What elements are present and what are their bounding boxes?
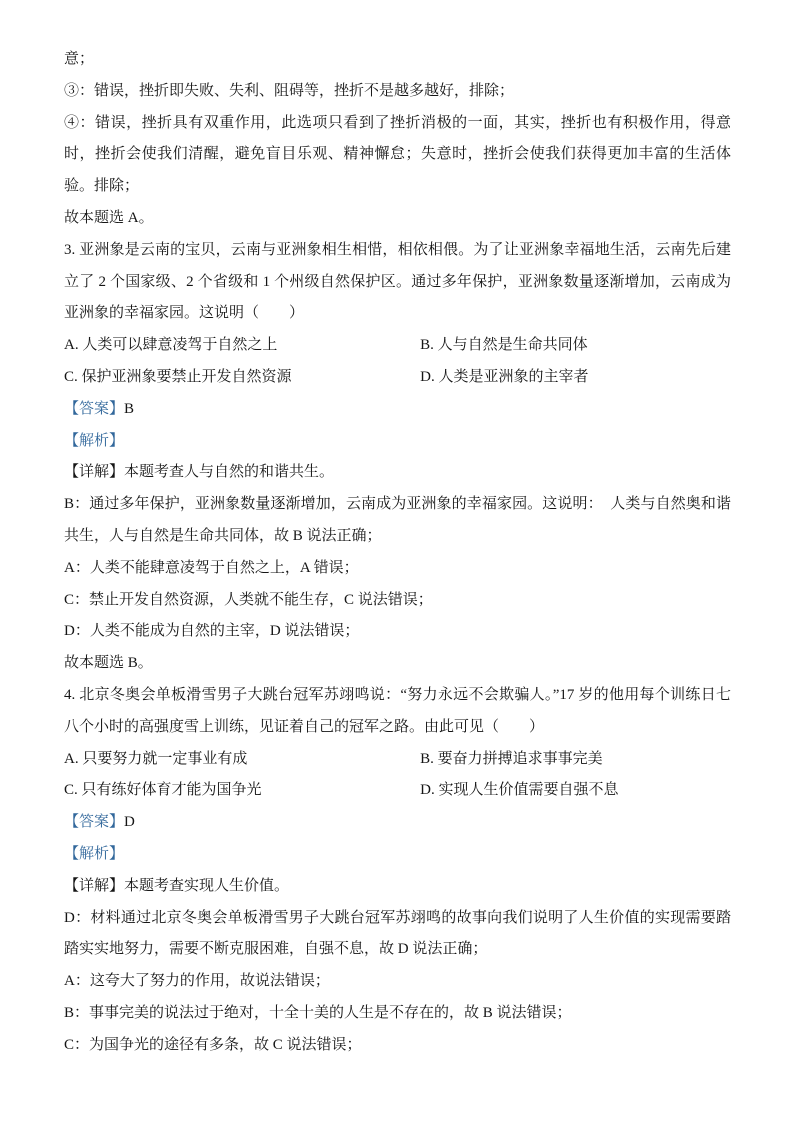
question-3-analysis-label: 【解析】 — [64, 426, 731, 458]
question-3-option-b: B. 人与自然是生命共同体 — [420, 330, 731, 362]
question-3-option-c-analysis: C：禁止开发自然资源，人类就不能生存，C 说法错误； — [64, 585, 731, 617]
question-3-option-a: A. 人类可以肆意凌驾于自然之上 — [64, 330, 420, 362]
question-3-option-a-analysis: A：人类不能肆意凌驾于自然之上，A 错误； — [64, 553, 731, 585]
question-4-option-c: C. 只有练好体育才能为国争光 — [64, 775, 420, 807]
question-4-analysis-label: 【解析】 — [64, 839, 731, 871]
document-page: 意； ③：错误，挫折即失败、失利、阻碍等，挫折不是越多越好，排除； ④：错误，挫… — [0, 0, 793, 1122]
question-3-options-cd: C. 保护亚洲象要禁止开发自然资源 D. 人类是亚洲象的主宰者 — [64, 362, 731, 394]
question-4-option-a-analysis: A：这夸大了努力的作用，故说法错误； — [64, 966, 731, 998]
answer-label: 【答案】 — [64, 401, 124, 417]
question-4-answer-line: 【答案】D — [64, 807, 731, 839]
question-4-option-c-analysis: C：为国争光的途径有多条，故 C 说法错误； — [64, 1030, 731, 1062]
question-3-option-c: C. 保护亚洲象要禁止开发自然资源 — [64, 362, 420, 394]
question-3-option-d-analysis: D：人类不能成为自然的主宰，D 说法错误； — [64, 616, 731, 648]
answer-label: 【答案】 — [64, 814, 124, 830]
point-4-analysis: ④：错误，挫折具有双重作用，此选项只看到了挫折消极的一面，其实，挫折也有积极作用… — [64, 108, 731, 203]
question-4-option-a: A. 只要努力就一定事业有成 — [64, 744, 420, 776]
question-4-option-d-analysis: D：材料通过北京冬奥会单板滑雪男子大跳台冠军苏翊鸣的故事向我们说明了人生价值的实… — [64, 903, 731, 967]
conclusion-question-2: 故本题选 A。 — [64, 203, 731, 235]
question-4-options-ab: A. 只要努力就一定事业有成 B. 要奋力拼搏追求事事完美 — [64, 744, 731, 776]
question-3-option-d: D. 人类是亚洲象的主宰者 — [420, 362, 731, 394]
point-3-analysis: ③：错误，挫折即失败、失利、阻碍等，挫折不是越多越好，排除； — [64, 76, 731, 108]
answer-value: D — [124, 814, 135, 830]
paragraph-continuation: 意； — [64, 44, 731, 76]
question-3-stem: 3. 亚洲象是云南的宝贝，云南与亚洲象相生相惜，相依相偎。为了让亚洲象幸福地生活… — [64, 235, 731, 330]
conclusion-question-3: 故本题选 B。 — [64, 648, 731, 680]
question-4-options-cd: C. 只有练好体育才能为国争光 D. 实现人生价值需要自强不息 — [64, 775, 731, 807]
question-3-answer-line: 【答案】B — [64, 394, 731, 426]
question-3-option-b-analysis: B：通过多年保护，亚洲象数量逐渐增加，云南成为亚洲象的幸福家园。这说明： 人类与… — [64, 489, 731, 553]
question-4-option-b: B. 要奋力拼搏追求事事完美 — [420, 744, 731, 776]
question-4-detail-heading: 【详解】本题考查实现人生价值。 — [64, 871, 731, 903]
question-4-option-d: D. 实现人生价值需要自强不息 — [420, 775, 731, 807]
question-4-stem: 4. 北京冬奥会单板滑雪男子大跳台冠军苏翊鸣说：“努力永远不会欺骗人。”17 岁… — [64, 680, 731, 744]
question-3-detail-heading: 【详解】本题考查人与自然的和谐共生。 — [64, 457, 731, 489]
analysis-label: 【解析】 — [64, 433, 124, 449]
question-3-options-ab: A. 人类可以肆意凌驾于自然之上 B. 人与自然是生命共同体 — [64, 330, 731, 362]
answer-value: B — [124, 401, 134, 417]
analysis-label: 【解析】 — [64, 846, 124, 862]
question-4-option-b-analysis: B：事事完美的说法过于绝对，十全十美的人生是不存在的，故 B 说法错误； — [64, 998, 731, 1030]
